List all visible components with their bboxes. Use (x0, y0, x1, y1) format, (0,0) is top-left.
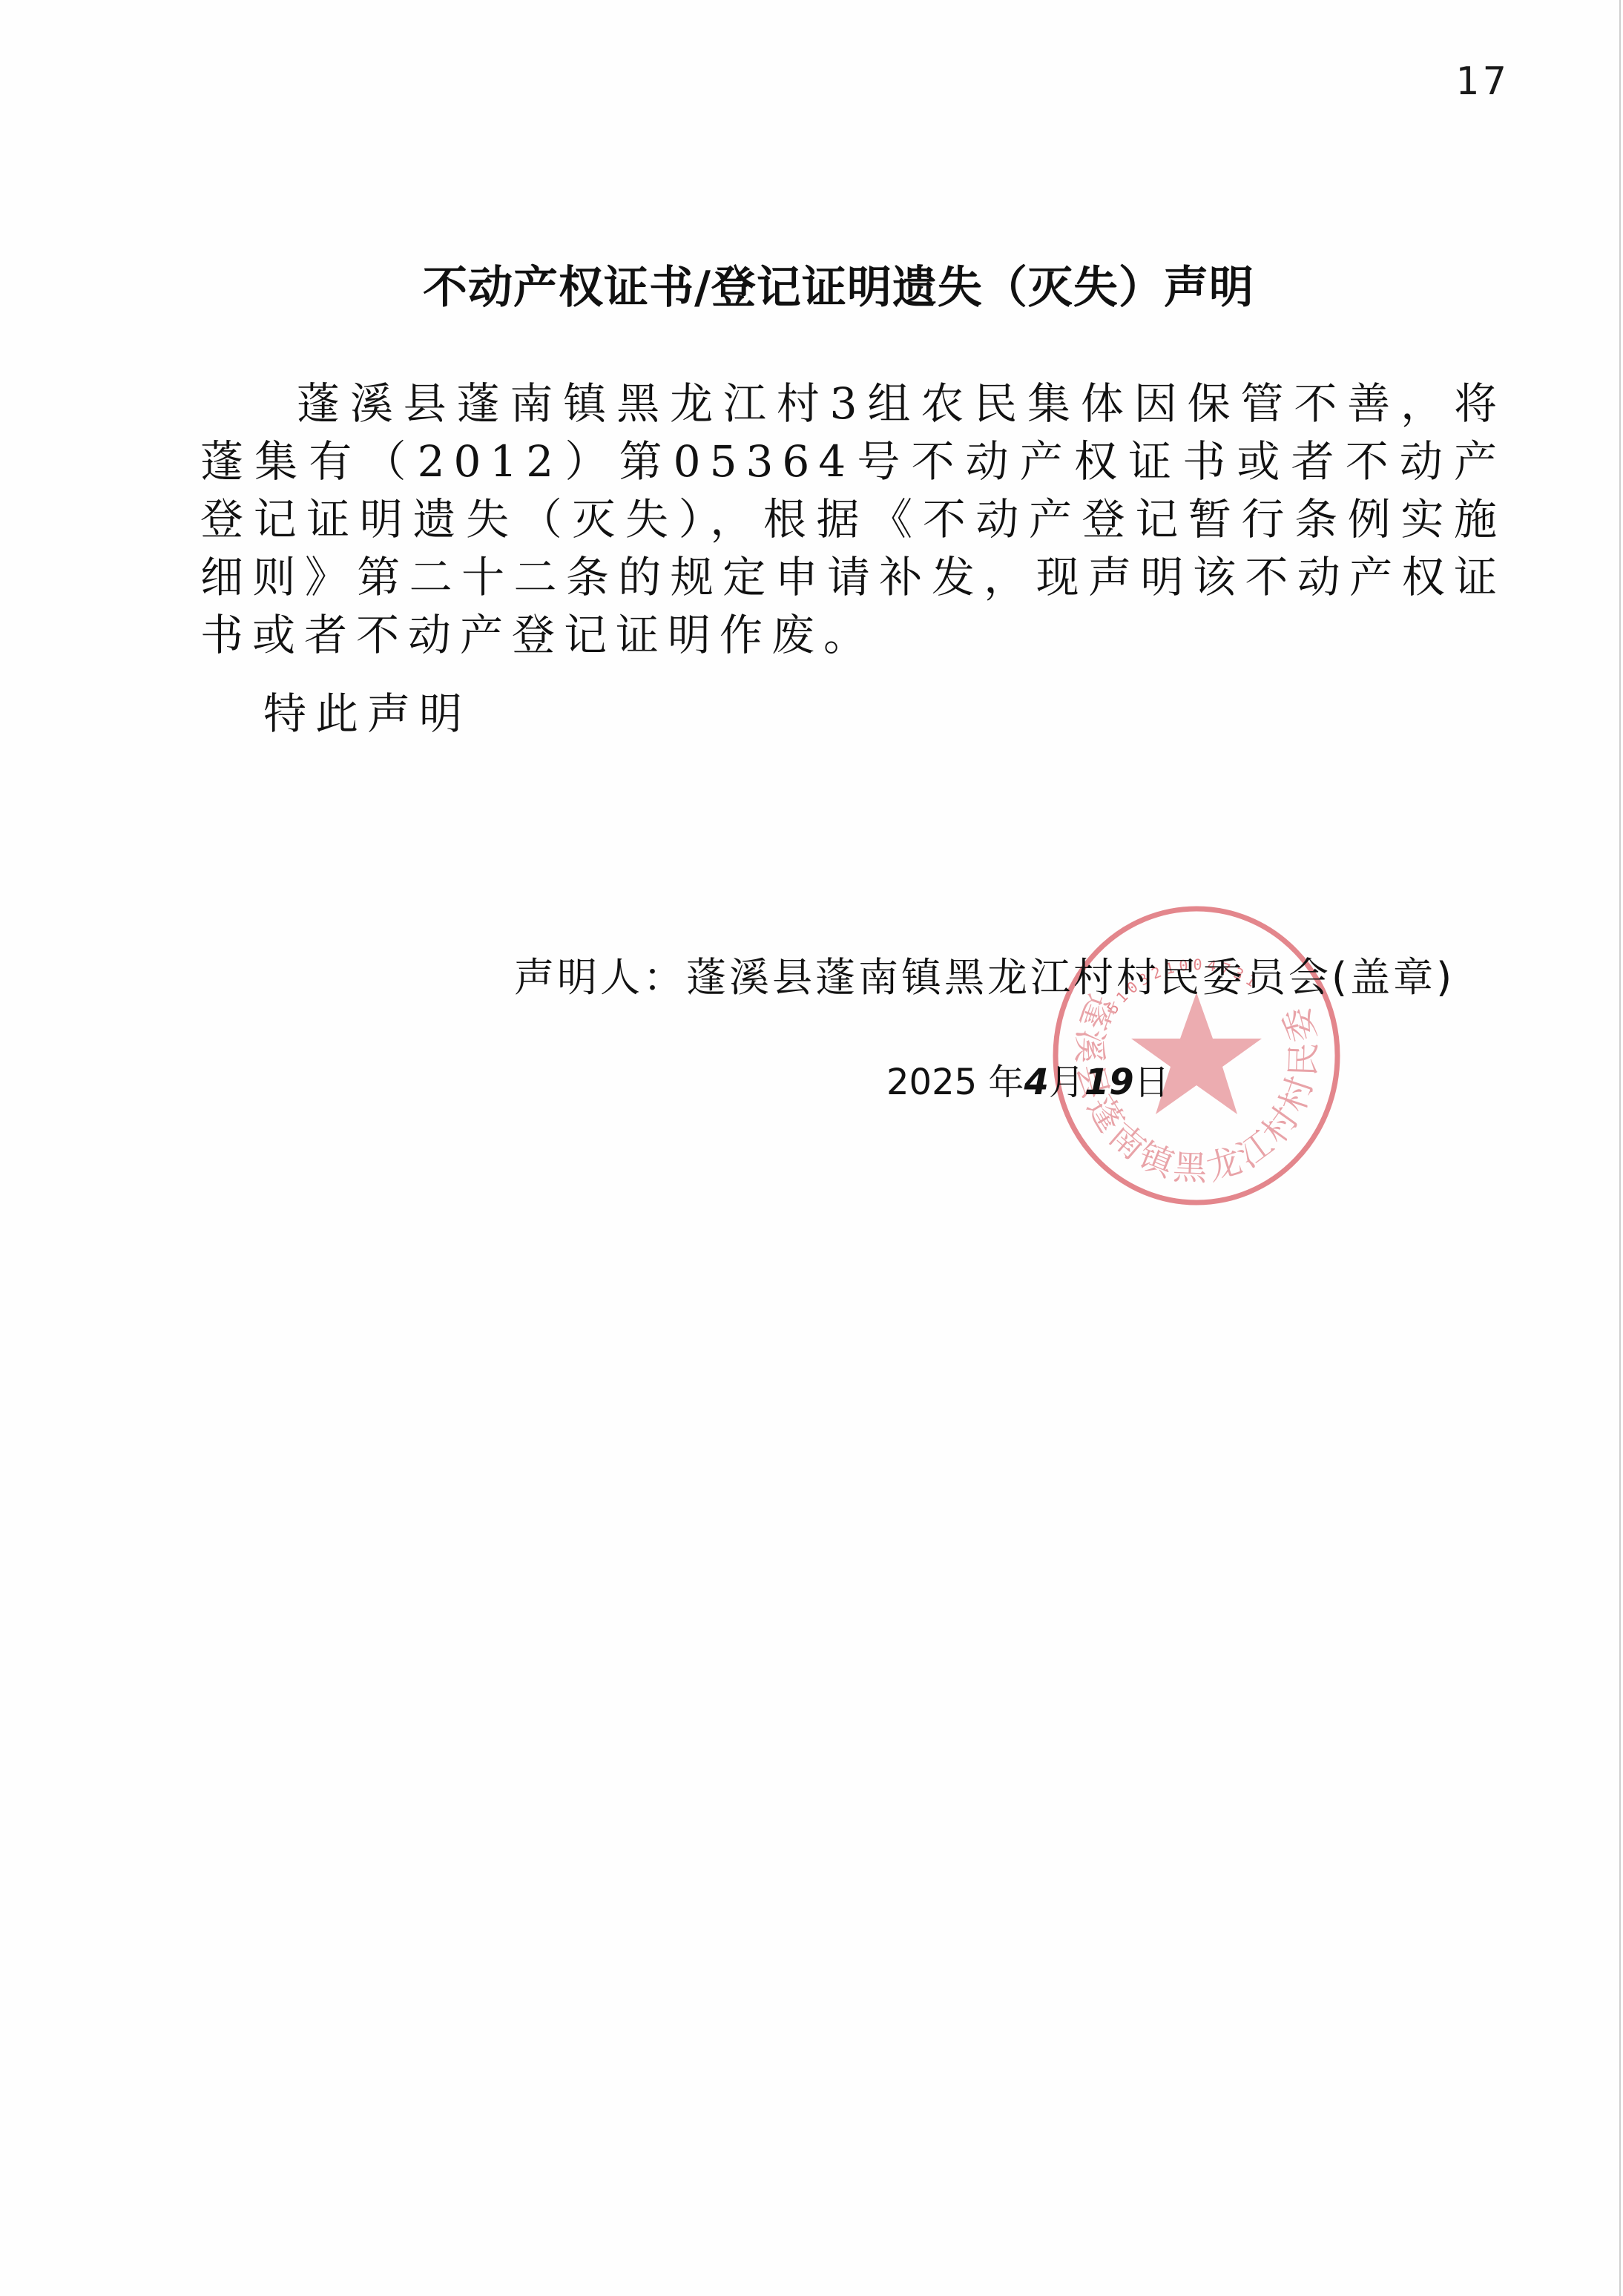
declarant-name: 蓬溪县蓬南镇黑龙江村村民委员会(盖章) (686, 954, 1455, 1001)
date-year: 2025 (886, 1062, 977, 1103)
declarant-line: 声明人：蓬溪县蓬南镇黑龙江村村民委员会(盖章) (514, 946, 1455, 1003)
date-day: 19 (1084, 1062, 1134, 1103)
page-edge (1619, 0, 1621, 2296)
document-title: 不动产权证书/登记证明遗失（灭失）声明 (423, 252, 1254, 316)
document-page: 17 不动产权证书/登记证明遗失（灭失）声明 蓬溪县蓬南镇黑龙江村3组农民集体因… (0, 0, 1623, 2296)
page-number: 17 (1455, 59, 1511, 104)
declaration-date: 2025 年4月19日 (886, 1053, 1170, 1105)
closing-statement: 特此声明 (263, 679, 471, 741)
date-day-suffix: 日 (1134, 1062, 1170, 1103)
date-year-suffix: 年 (988, 1062, 1024, 1103)
declarant-label: 声明人： (514, 954, 686, 1001)
declaration-body: 蓬溪县蓬南镇黑龙江村3组农民集体因保管不善，将蓬集有（2012）第05364号不… (200, 375, 1506, 664)
declaration-body-text: 蓬溪县蓬南镇黑龙江村3组农民集体因保管不善，将蓬集有（2012）第05364号不… (200, 378, 1506, 660)
date-month: 4 (1024, 1062, 1048, 1103)
date-month-suffix: 月 (1049, 1062, 1084, 1103)
